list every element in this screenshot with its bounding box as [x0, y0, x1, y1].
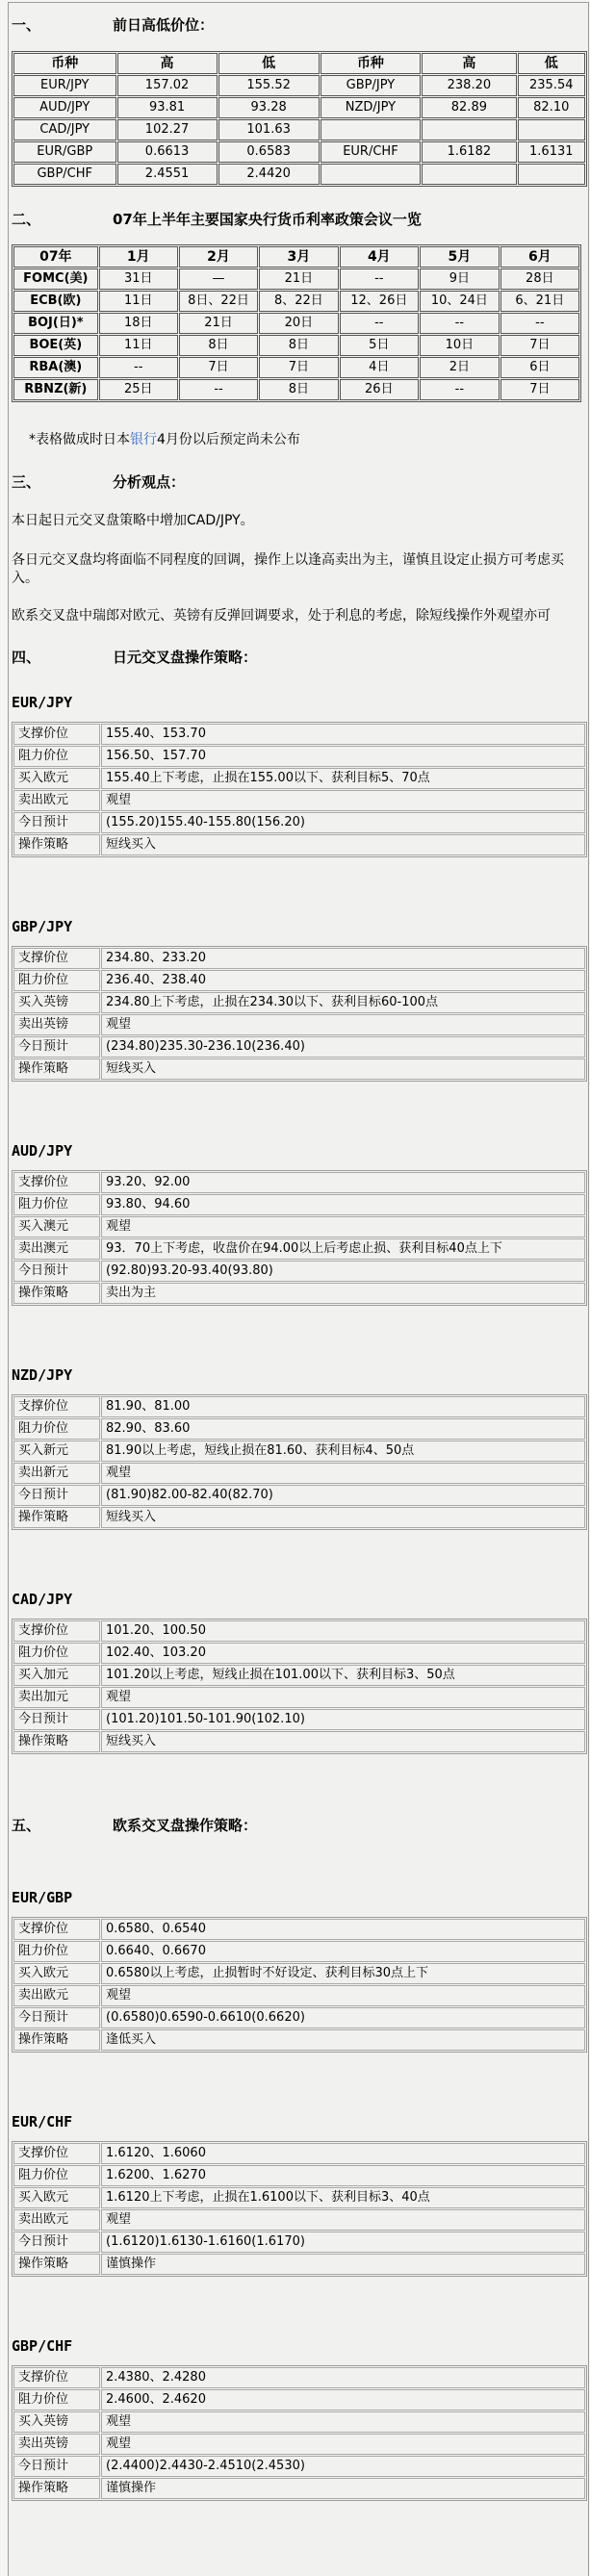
strategy-value-cell: 短线买入 — [101, 1731, 585, 1752]
section-heading-3: 三、分析观点： — [12, 472, 588, 492]
strategy-value-cell: 观望 — [101, 1014, 585, 1035]
strategy-value-cell: 逢低买入 — [101, 2029, 585, 2051]
price-cell: GBP/CHF — [13, 164, 116, 185]
price-cell — [518, 164, 585, 185]
strategy-label-cell: 今日预计 — [13, 2456, 100, 2477]
table-row: 今日预计(0.6580)0.6590-0.6610(0.6620) — [13, 2007, 585, 2028]
table-row: 支撑价位1.6120、1.6060 — [13, 2143, 585, 2164]
meeting-date-cell: 8日 — [259, 335, 338, 356]
table-row: FOMC(美) 31日 — 21日 -- 9日 28日 — [13, 268, 579, 290]
central-bank-cell: BOE(英) — [13, 335, 98, 356]
price-cell: 235.54 — [518, 75, 585, 96]
strategy-value-cell: 1.6120、1.6060 — [101, 2143, 585, 2164]
table-row: 操作策略短线买入 — [13, 834, 585, 855]
strategy-label-cell: 操作策略 — [13, 2254, 100, 2275]
price-header-cell: 低 — [218, 53, 320, 74]
price-cell: 0.6583 — [218, 141, 320, 163]
price-table: 币种 高 低 币种 高 低 EUR/JPY 157.02 155.52 GBP/… — [12, 51, 587, 187]
price-cell: NZD/JPY — [321, 97, 422, 118]
price-cell: 1.6131 — [518, 141, 585, 163]
strategy-value-cell: (155.20)155.40-155.80(156.20) — [101, 812, 585, 833]
table-row: 操作策略短线买入 — [13, 1731, 585, 1752]
pair-section-nzd-jpy: NZD/JPY 支撑价位81.90、81.00 阻力价位82.90、83.60 … — [12, 1367, 588, 1530]
strategy-label-cell: 支撑价位 — [13, 2143, 100, 2164]
strategy-value-cell: 观望 — [101, 1687, 585, 1708]
footnote-text: 4月份以后预定尚未公布 — [157, 432, 300, 447]
strategy-label-cell: 买入英镑 — [13, 2411, 100, 2433]
strategy-label-cell: 今日预计 — [13, 1036, 100, 1058]
table-row: 今日预计(2.4400)2.4430-2.4510(2.4530) — [13, 2456, 585, 2477]
strategy-value-cell: 155.40、153.70 — [101, 724, 585, 745]
table-row: 阻力价位2.4600、2.4620 — [13, 2389, 585, 2410]
table-row: 卖出欧元观望 — [13, 1985, 585, 2006]
strategy-label-cell: 操作策略 — [13, 834, 100, 855]
table-row: 买入英镑234.80上下考虑，止损在234.30以下、获利目标60-100点 — [13, 992, 585, 1013]
strategy-label-cell: 今日预计 — [13, 2232, 100, 2253]
pair-name: EUR/CHF — [12, 2114, 588, 2130]
table-row: 买入澳元观望 — [13, 1216, 585, 1237]
strategy-label-cell: 今日预计 — [13, 2007, 100, 2028]
meeting-date-cell: -- — [420, 313, 500, 334]
price-cell: CAD/JPY — [13, 119, 116, 140]
strategy-label-cell: 阻力价位 — [13, 746, 100, 767]
table-row: 卖出加元观望 — [13, 1687, 585, 1708]
strategy-value-cell: 观望 — [101, 2209, 585, 2231]
table-row: 支撑价位0.6580、0.6540 — [13, 1919, 585, 1940]
strategy-label-cell: 买入澳元 — [13, 1216, 100, 1237]
table-row: 今日预计(155.20)155.40-155.80(156.20) — [13, 812, 585, 833]
strategy-value-cell: 93.20、92.00 — [101, 1172, 585, 1193]
strategy-value-cell: (2.4400)2.4430-2.4510(2.4530) — [101, 2456, 585, 2477]
strategy-label-cell: 今日预计 — [13, 1709, 100, 1730]
strategy-value-cell: (0.6580)0.6590-0.6610(0.6620) — [101, 2007, 585, 2028]
meeting-date-cell: -- — [99, 357, 178, 378]
meeting-date-cell: 4日 — [340, 357, 420, 378]
analysis-paragraph: 各日元交叉盘均将面临不同程度的回调，操作上以逢高卖出为主，谨慎且设定止损方可考虑… — [12, 551, 583, 588]
strategy-table: 支撑价位101.20、100.50 阻力价位102.40、103.20 买入加元… — [12, 1619, 587, 1754]
strategy-table: 支撑价位81.90、81.00 阻力价位82.90、83.60 买入新元81.9… — [12, 1394, 587, 1530]
strategy-label-cell: 买入欧元 — [13, 768, 100, 789]
table-row: 买入加元101.20以上考虑，短线止损在101.00以下、获利目标3、50点 — [13, 1665, 585, 1686]
table-row: 阻力价位0.6640、0.6670 — [13, 1941, 585, 1962]
price-cell: EUR/JPY — [13, 75, 116, 96]
meeting-date-cell: — — [179, 268, 258, 290]
strategy-value-cell: 观望 — [101, 790, 585, 811]
strategy-value-cell: 观望 — [101, 2411, 585, 2433]
section-heading-2: 二、07年上半年主要国家央行货币利率政策会议一览 — [12, 210, 588, 229]
strategy-value-cell: 101.20、100.50 — [101, 1620, 585, 1642]
pair-section-gbp-chf: GBP/CHF 支撑价位2.4380、2.4280 阻力价位2.4600、2.4… — [12, 2338, 588, 2501]
central-bank-cell: RBNZ(新) — [13, 379, 98, 400]
section-heading-4: 四、日元交叉盘操作策略： — [12, 648, 588, 667]
table-row: 卖出英镑观望 — [13, 1014, 585, 1035]
table-row: 买入欧元0.6580以上考虑，止损暂时不好设定、获利目标30点上下 — [13, 1963, 585, 1984]
meeting-date-cell: 8、22日 — [259, 291, 338, 312]
meeting-date-cell: 7日 — [179, 357, 258, 378]
report-page: 一、前日高低价位： 币种 高 低 币种 高 低 EUR/JPY 157.02 1… — [8, 2, 589, 2576]
strategy-label-cell: 阻力价位 — [13, 2165, 100, 2186]
meeting-date-cell: -- — [420, 379, 500, 400]
policy-header-cell: 4月 — [340, 246, 420, 268]
meeting-date-cell: 7日 — [500, 379, 579, 400]
meeting-date-cell: 12、26日 — [340, 291, 420, 312]
strategy-label-cell: 卖出欧元 — [13, 1985, 100, 2006]
table-row: 操作策略逢低买入 — [13, 2029, 585, 2051]
strategy-value-cell: 81.90以上考虑，短线止损在81.60、获利目标4、50点 — [101, 1441, 585, 1462]
table-row: 今日预计(234.80)235.30-236.10(236.40) — [13, 1036, 585, 1058]
meeting-date-cell: 8日 — [179, 335, 258, 356]
section-title: 欧系交叉盘操作策略： — [113, 1817, 257, 1834]
strategy-label-cell: 今日预计 — [13, 812, 100, 833]
table-row: 阻力价位1.6200、1.6270 — [13, 2165, 585, 2186]
pair-section-aud-jpy: AUD/JPY 支撑价位93.20、92.00 阻力价位93.80、94.60 … — [12, 1143, 588, 1306]
meeting-date-cell: 8日 — [259, 379, 338, 400]
strategy-value-cell: 谨慎操作 — [101, 2478, 585, 2499]
strategy-label-cell: 卖出新元 — [13, 1463, 100, 1484]
strategy-value-cell: 0.6580、0.6540 — [101, 1919, 585, 1940]
analysis-paragraph: 欧系交叉盘中瑞郎对欧元、英镑有反弹回调要求，处于利息的考虑，除短线操作外观望亦可 — [12, 607, 583, 625]
pair-name: GBP/JPY — [12, 919, 588, 934]
strategy-label-cell: 买入欧元 — [13, 1963, 100, 1984]
strategy-label-cell: 卖出欧元 — [13, 790, 100, 811]
strategy-label-cell: 卖出欧元 — [13, 2209, 100, 2231]
strategy-label-cell: 支撑价位 — [13, 1620, 100, 1642]
price-cell: 238.20 — [422, 75, 516, 96]
table-row: BOJ(日)* 18日 21日 20日 -- -- -- — [13, 313, 579, 334]
strategy-label-cell: 支撑价位 — [13, 1919, 100, 1940]
central-bank-cell: BOJ(日)* — [13, 313, 98, 334]
strategy-value-cell: 谨慎操作 — [101, 2254, 585, 2275]
strategy-value-cell: 短线买入 — [101, 834, 585, 855]
strategy-label-cell: 支撑价位 — [13, 1172, 100, 1193]
price-cell: 1.6182 — [422, 141, 516, 163]
strategy-value-cell: 155.40上下考虑，止损在155.00以下、获利目标5、70点 — [101, 768, 585, 789]
table-row: 买入英镑观望 — [13, 2411, 585, 2433]
strategy-label-cell: 买入欧元 — [13, 2187, 100, 2208]
table-row: 阻力价位156.50、157.70 — [13, 746, 585, 767]
table-row: 卖出欧元观望 — [13, 2209, 585, 2231]
table-row: BOE(英) 11日 8日 8日 5日 10日 7日 — [13, 335, 579, 356]
pair-section-eur-gbp: EUR/GBP 支撑价位0.6580、0.6540 阻力价位0.6640、0.6… — [12, 1890, 588, 2053]
table-row: 阻力价位236.40、238.40 — [13, 970, 585, 991]
price-cell — [422, 119, 516, 140]
strategy-value-cell: (1.6120)1.6130-1.6160(1.6170) — [101, 2232, 585, 2253]
pair-name: NZD/JPY — [12, 1367, 588, 1383]
policy-header-cell: 6月 — [500, 246, 579, 268]
meeting-date-cell: 20日 — [259, 313, 338, 334]
table-row: EUR/JPY 157.02 155.52 GBP/JPY 238.20 235… — [13, 75, 585, 96]
table-row: 支撑价位234.80、233.20 — [13, 948, 585, 969]
meeting-date-cell: 21日 — [179, 313, 258, 334]
table-row: 买入欧元155.40上下考虑，止损在155.00以下、获利目标5、70点 — [13, 768, 585, 789]
pair-section-cad-jpy: CAD/JPY 支撑价位101.20、100.50 阻力价位102.40、103… — [12, 1592, 588, 1754]
strategy-label-cell: 操作策略 — [13, 2029, 100, 2051]
section-title: 07年上半年主要国家央行货币利率政策会议一览 — [113, 211, 422, 228]
table-row: 阻力价位102.40、103.20 — [13, 1643, 585, 1664]
table-row: 币种 高 低 币种 高 低 — [13, 53, 585, 74]
section-title: 分析观点： — [113, 473, 185, 491]
price-cell — [321, 164, 422, 185]
strategy-value-cell: 0.6580以上考虑，止损暂时不好设定、获利目标30点上下 — [101, 1963, 585, 1984]
central-bank-cell: FOMC(美) — [13, 268, 98, 290]
footnote-text: *表格做成时日本 — [29, 432, 130, 447]
table-row: CAD/JPY 102.27 101.63 — [13, 119, 585, 140]
strategy-table: 支撑价位0.6580、0.6540 阻力价位0.6640、0.6670 买入欧元… — [12, 1917, 587, 2053]
price-header-cell: 币种 — [321, 53, 422, 74]
strategy-label-cell: 操作策略 — [13, 2478, 100, 2499]
table-row: 操作策略短线买入 — [13, 1058, 585, 1080]
meeting-date-cell: 6日 — [500, 357, 579, 378]
price-cell — [321, 119, 422, 140]
strategy-label-cell: 阻力价位 — [13, 1418, 100, 1440]
price-cell: 157.02 — [117, 75, 218, 96]
strategy-value-cell: 102.40、103.20 — [101, 1643, 585, 1664]
price-cell: 0.6613 — [117, 141, 218, 163]
table-row: EUR/GBP 0.6613 0.6583 EUR/CHF 1.6182 1.6… — [13, 141, 585, 163]
analysis-paragraph: 本日起日元交叉盘策略中增加CAD/JPY。 — [12, 512, 583, 530]
policy-header-cell: 5月 — [420, 246, 500, 268]
pair-name: AUD/JPY — [12, 1143, 588, 1159]
table-footnote: *表格做成时日本银行4月份以后预定尚未公布 — [12, 431, 588, 448]
strategy-value-cell: 234.80上下考虑，止损在234.30以下、获利目标60-100点 — [101, 992, 585, 1013]
price-header-cell: 币种 — [13, 53, 116, 74]
central-bank-cell: RBA(澳) — [13, 357, 98, 378]
price-cell: 93.28 — [218, 97, 320, 118]
meeting-date-cell: 31日 — [99, 268, 178, 290]
strategy-value-cell: (101.20)101.50-101.90(102.10) — [101, 1709, 585, 1730]
meeting-date-cell: 25日 — [99, 379, 178, 400]
table-row: 操作策略短线买入 — [13, 1507, 585, 1528]
strategy-value-cell: 101.20以上考虑，短线止损在101.00以下、获利目标3、50点 — [101, 1665, 585, 1686]
meeting-date-cell: 8日、22日 — [179, 291, 258, 312]
policy-header-cell: 07年 — [13, 246, 98, 268]
meeting-date-cell: 26日 — [340, 379, 420, 400]
table-row: 支撑价位81.90、81.00 — [13, 1396, 585, 1417]
policy-header-cell: 3月 — [259, 246, 338, 268]
strategy-value-cell: 81.90、81.00 — [101, 1396, 585, 1417]
table-row: 卖出英镑观望 — [13, 2434, 585, 2455]
strategy-label-cell: 操作策略 — [13, 1058, 100, 1080]
meeting-date-cell: 7日 — [500, 335, 579, 356]
strategy-value-cell: 1.6120上下考虑，止损在1.6100以下、获利目标3、40点 — [101, 2187, 585, 2208]
strategy-value-cell: 156.50、157.70 — [101, 746, 585, 767]
price-cell: 2.4551 — [117, 164, 218, 185]
strategy-value-cell: 观望 — [101, 2434, 585, 2455]
price-cell — [518, 119, 585, 140]
meeting-date-cell: 28日 — [500, 268, 579, 290]
strategy-label-cell: 卖出澳元 — [13, 1238, 100, 1260]
strategy-label-cell: 卖出英镑 — [13, 1014, 100, 1035]
table-row: 操作策略谨慎操作 — [13, 2254, 585, 2275]
price-header-cell: 低 — [518, 53, 585, 74]
price-cell: 155.52 — [218, 75, 320, 96]
table-row: RBA(澳) -- 7日 7日 4日 2日 6日 — [13, 357, 579, 378]
table-row: 今日预计(81.90)82.00-82.40(82.70) — [13, 1485, 585, 1506]
section-title: 前日高低价位： — [113, 16, 214, 34]
strategy-label-cell: 阻力价位 — [13, 1941, 100, 1962]
pair-section-gbp-jpy: GBP/JPY 支撑价位234.80、233.20 阻力价位236.40、238… — [12, 919, 588, 1082]
price-cell — [422, 164, 516, 185]
table-row: AUD/JPY 93.81 93.28 NZD/JPY 82.89 82.10 — [13, 97, 585, 118]
table-row: 今日预计(92.80)93.20-93.40(93.80) — [13, 1261, 585, 1282]
strategy-label-cell: 今日预计 — [13, 1485, 100, 1506]
pair-name: CAD/JPY — [12, 1592, 588, 1607]
section-title: 日元交叉盘操作策略： — [113, 649, 257, 666]
pair-name: EUR/JPY — [12, 695, 588, 710]
strategy-value-cell: 234.80、233.20 — [101, 948, 585, 969]
strategy-value-cell: 短线买入 — [101, 1507, 585, 1528]
table-row: GBP/CHF 2.4551 2.4420 — [13, 164, 585, 185]
price-cell: 93.81 — [117, 97, 218, 118]
pair-section-eur-jpy: EUR/JPY 支撑价位155.40、153.70 阻力价位156.50、157… — [12, 695, 588, 857]
meeting-date-cell: -- — [340, 268, 420, 290]
strategy-label-cell: 卖出英镑 — [13, 2434, 100, 2455]
table-row: 支撑价位2.4380、2.4280 — [13, 2367, 585, 2388]
meeting-date-cell: -- — [500, 313, 579, 334]
table-row: 支撑价位101.20、100.50 — [13, 1620, 585, 1642]
pair-name: GBP/CHF — [12, 2338, 588, 2354]
pair-name: EUR/GBP — [12, 1890, 588, 1905]
meeting-date-cell: 9日 — [420, 268, 500, 290]
strategy-label-cell: 操作策略 — [13, 1507, 100, 1528]
strategy-value-cell: 2.4380、2.4280 — [101, 2367, 585, 2388]
price-cell: 101.63 — [218, 119, 320, 140]
strategy-value-cell: 236.40、238.40 — [101, 970, 585, 991]
strategy-label-cell: 阻力价位 — [13, 1643, 100, 1664]
strategy-label-cell: 阻力价位 — [13, 1194, 100, 1215]
table-row: ECB(欧) 11日 8日、22日 8、22日 12、26日 10、24日 6、… — [13, 291, 579, 312]
strategy-label-cell: 操作策略 — [13, 1283, 100, 1304]
meeting-date-cell: 6、21日 — [500, 291, 579, 312]
table-row: 阻力价位93.80、94.60 — [13, 1194, 585, 1215]
table-row: 阻力价位82.90、83.60 — [13, 1418, 585, 1440]
table-row: 卖出澳元93．70上下考虑，收盘价在94.00以上后考虑止损、获利目标40点上下 — [13, 1238, 585, 1260]
price-cell: GBP/JPY — [321, 75, 422, 96]
strategy-value-cell: 82.90、83.60 — [101, 1418, 585, 1440]
strategy-value-cell: 观望 — [101, 1985, 585, 2006]
table-row: 买入新元81.90以上考虑，短线止损在81.60、获利目标4、50点 — [13, 1441, 585, 1462]
price-cell: 102.27 — [117, 119, 218, 140]
strategy-label-cell: 操作策略 — [13, 1731, 100, 1752]
central-bank-cell: ECB(欧) — [13, 291, 98, 312]
price-cell: AUD/JPY — [13, 97, 116, 118]
policy-header-cell: 1月 — [99, 246, 178, 268]
price-header-cell: 高 — [422, 53, 516, 74]
table-row: 买入欧元1.6120上下考虑，止损在1.6100以下、获利目标3、40点 — [13, 2187, 585, 2208]
policy-meeting-table: 07年 1月 2月 3月 4月 5月 6月 FOMC(美) 31日 — 21日 … — [12, 244, 581, 402]
table-row: 卖出新元观望 — [13, 1463, 585, 1484]
table-row: 支撑价位155.40、153.70 — [13, 724, 585, 745]
strategy-label-cell: 阻力价位 — [13, 2389, 100, 2410]
price-cell: 82.10 — [518, 97, 585, 118]
strategy-value-cell: 0.6640、0.6670 — [101, 1941, 585, 1962]
strategy-value-cell: 观望 — [101, 1463, 585, 1484]
pair-section-eur-chf: EUR/CHF 支撑价位1.6120、1.6060 阻力价位1.6200、1.6… — [12, 2114, 588, 2277]
strategy-value-cell: 93.80、94.60 — [101, 1194, 585, 1215]
meeting-date-cell: 11日 — [99, 291, 178, 312]
bank-link[interactable]: 银行 — [130, 432, 157, 447]
section-number: 四、 — [12, 648, 113, 667]
table-row: RBNZ(新) 25日 -- 8日 26日 -- 7日 — [13, 379, 579, 400]
table-row: 今日预计(101.20)101.50-101.90(102.10) — [13, 1709, 585, 1730]
price-header-cell: 高 — [117, 53, 218, 74]
meeting-date-cell: -- — [340, 313, 420, 334]
table-row: 卖出欧元观望 — [13, 790, 585, 811]
price-cell: EUR/GBP — [13, 141, 116, 163]
price-cell: EUR/CHF — [321, 141, 422, 163]
strategy-value-cell: 1.6200、1.6270 — [101, 2165, 585, 2186]
strategy-value-cell: 观望 — [101, 1216, 585, 1237]
meeting-date-cell: 5日 — [340, 335, 420, 356]
strategy-value-cell: 卖出为主 — [101, 1283, 585, 1304]
section-number: 二、 — [12, 210, 113, 229]
strategy-label-cell: 支撑价位 — [13, 948, 100, 969]
strategy-label-cell: 支撑价位 — [13, 2367, 100, 2388]
table-row: 操作策略卖出为主 — [13, 1283, 585, 1304]
strategy-label-cell: 今日预计 — [13, 1261, 100, 1282]
strategy-value-cell: (92.80)93.20-93.40(93.80) — [101, 1261, 585, 1282]
strategy-table: 支撑价位2.4380、2.4280 阻力价位2.4600、2.4620 买入英镑… — [12, 2365, 587, 2501]
strategy-value-cell: 2.4600、2.4620 — [101, 2389, 585, 2410]
table-row: 今日预计(1.6120)1.6130-1.6160(1.6170) — [13, 2232, 585, 2253]
meeting-date-cell: 7日 — [259, 357, 338, 378]
meeting-date-cell: 2日 — [420, 357, 500, 378]
section-number: 五、 — [12, 1816, 113, 1835]
meeting-date-cell: 21日 — [259, 268, 338, 290]
strategy-label-cell: 买入英镑 — [13, 992, 100, 1013]
policy-header-cell: 2月 — [179, 246, 258, 268]
meeting-date-cell: 11日 — [99, 335, 178, 356]
strategy-label-cell: 买入加元 — [13, 1665, 100, 1686]
strategy-value-cell: (234.80)235.30-236.10(236.40) — [101, 1036, 585, 1058]
strategy-table: 支撑价位1.6120、1.6060 阻力价位1.6200、1.6270 买入欧元… — [12, 2141, 587, 2277]
table-row: 操作策略谨慎操作 — [13, 2478, 585, 2499]
price-cell: 82.89 — [422, 97, 516, 118]
meeting-date-cell: 18日 — [99, 313, 178, 334]
strategy-table: 支撑价位155.40、153.70 阻力价位156.50、157.70 买入欧元… — [12, 722, 587, 857]
strategy-value-cell: (81.90)82.00-82.40(82.70) — [101, 1485, 585, 1506]
strategy-label-cell: 支撑价位 — [13, 1396, 100, 1417]
strategy-table: 支撑价位93.20、92.00 阻力价位93.80、94.60 买入澳元观望 卖… — [12, 1170, 587, 1306]
strategy-value-cell: 短线买入 — [101, 1058, 585, 1080]
table-row: 支撑价位93.20、92.00 — [13, 1172, 585, 1193]
section-number: 三、 — [12, 472, 113, 492]
meeting-date-cell: 10、24日 — [420, 291, 500, 312]
strategy-value-cell: 93．70上下考虑，收盘价在94.00以上后考虑止损、获利目标40点上下 — [101, 1238, 585, 1260]
section-heading-1: 一、前日高低价位： — [12, 15, 588, 35]
meeting-date-cell: -- — [179, 379, 258, 400]
strategy-label-cell: 阻力价位 — [13, 970, 100, 991]
meeting-date-cell: 10日 — [420, 335, 500, 356]
section-number: 一、 — [12, 15, 113, 35]
strategy-label-cell: 买入新元 — [13, 1441, 100, 1462]
price-cell: 2.4420 — [218, 164, 320, 185]
section-heading-5: 五、欧系交叉盘操作策略： — [12, 1816, 588, 1835]
strategy-label-cell: 卖出加元 — [13, 1687, 100, 1708]
strategy-label-cell: 支撑价位 — [13, 724, 100, 745]
strategy-table: 支撑价位234.80、233.20 阻力价位236.40、238.40 买入英镑… — [12, 946, 587, 1082]
table-row: 07年 1月 2月 3月 4月 5月 6月 — [13, 246, 579, 268]
